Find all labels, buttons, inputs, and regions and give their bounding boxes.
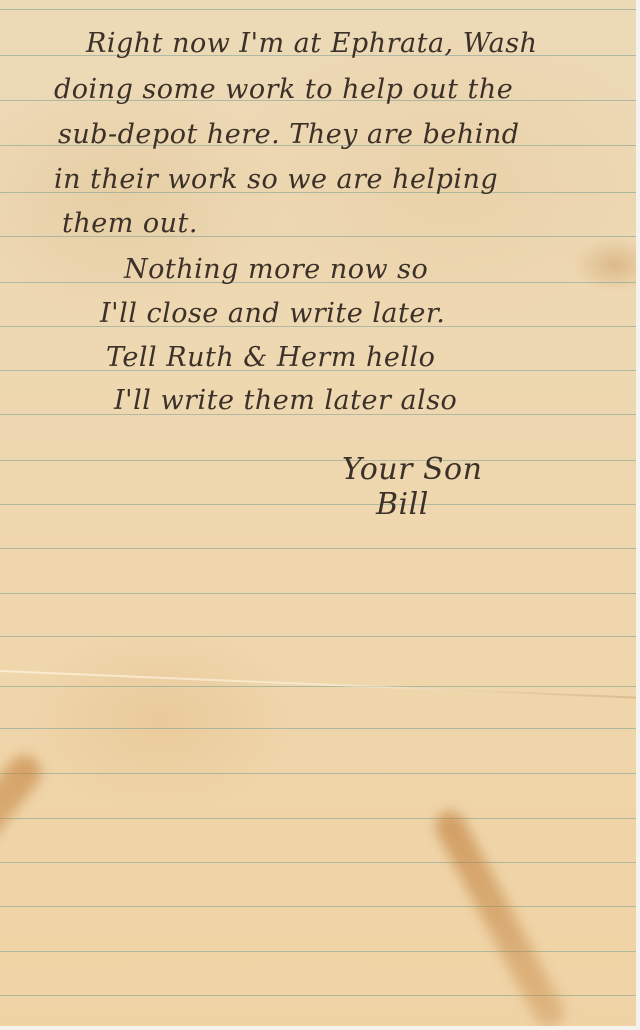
scan-border-bottom <box>0 1026 640 1030</box>
water-stain-left <box>0 748 48 950</box>
ruled-line <box>0 460 636 461</box>
letter-line-2: doing some work to help out the <box>54 76 513 103</box>
letter-signature: Bill <box>376 490 429 520</box>
letter-line-1: Right now I'm at Ephrata, Wash <box>86 30 537 57</box>
ruled-line <box>0 636 636 637</box>
ruled-line <box>0 818 636 819</box>
water-stain-right <box>430 806 569 1026</box>
ruled-line <box>0 906 636 907</box>
letter-line-7: I'll close and write later. <box>100 300 445 327</box>
letter-page: Right now I'm at Ephrata, Wash doing som… <box>0 0 636 1026</box>
ruled-line <box>0 951 636 952</box>
ruled-line <box>0 862 636 863</box>
ruled-line <box>0 728 636 729</box>
ruled-line <box>0 548 636 549</box>
ruled-line <box>0 686 636 687</box>
letter-line-3: sub-depot here. They are behind <box>58 121 520 148</box>
letter-line-9: I'll write them later also <box>114 387 457 414</box>
letter-closing: Your Son <box>342 455 482 485</box>
fold-crease <box>0 670 636 700</box>
ruled-line <box>0 593 636 594</box>
letter-line-6: Nothing more now so <box>124 256 428 283</box>
letter-line-8: Tell Ruth & Herm hello <box>106 344 435 371</box>
ruled-line <box>0 773 636 774</box>
ruled-line <box>0 504 636 505</box>
letter-line-5: them out. <box>62 210 198 237</box>
scan-border-right <box>636 0 640 1030</box>
letter-line-4: in their work so we are helping <box>54 166 498 193</box>
ruled-line <box>0 9 636 10</box>
